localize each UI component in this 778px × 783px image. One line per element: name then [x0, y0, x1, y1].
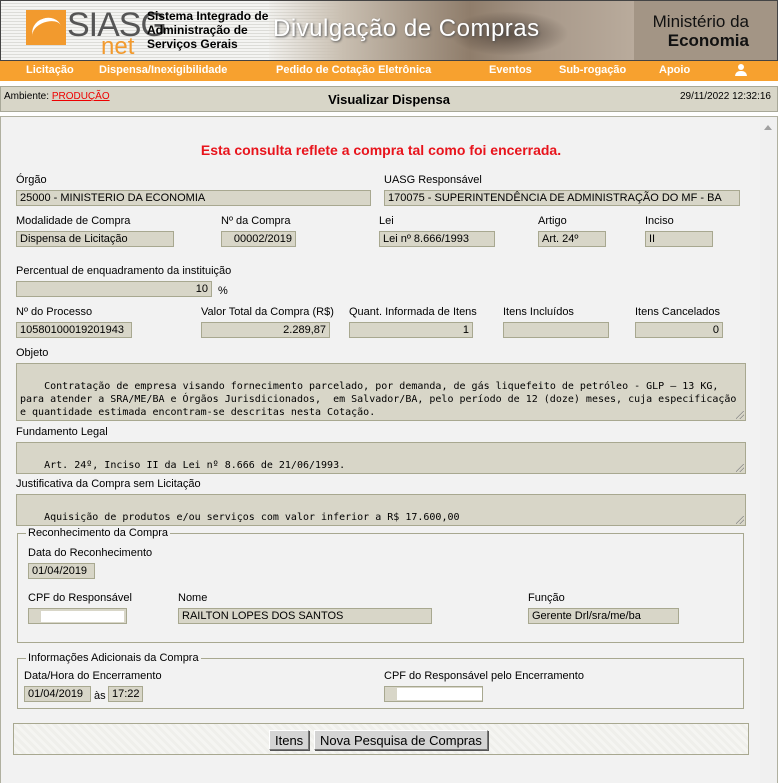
redacted-cpf [397, 688, 482, 700]
itens-cancelados-field: 0 [635, 322, 723, 338]
adicionais-fieldset: Informações Adicionais da Compra Data/Ho… [17, 658, 744, 709]
status-bar: Ambiente: PRODUÇÃO Visualizar Dispensa 2… [0, 86, 778, 112]
system-name: Sistema Integrado de Administração de Se… [147, 9, 268, 51]
inciso-label: Inciso [645, 215, 674, 227]
objeto-textarea[interactable]: Contratação de empresa visando fornecime… [16, 363, 746, 421]
itens-incluidos-field [503, 322, 609, 338]
scroll-up-icon[interactable] [764, 125, 772, 130]
page-title: Visualizar Dispensa [1, 92, 777, 107]
quant-itens-label: Quant. Informada de Itens [349, 306, 477, 318]
nav-licitacao[interactable]: Licitação [26, 64, 74, 76]
nova-pesquisa-button[interactable]: Nova Pesquisa de Compras [314, 730, 488, 750]
header-banner: SIASG net Sistema Integrado de Administr… [0, 0, 778, 61]
percentual-field: 10 [16, 281, 212, 297]
numero-compra-label: Nº da Compra [221, 215, 290, 227]
itens-incluidos-label: Itens Incluídos [503, 306, 574, 318]
cpf-responsavel-label: CPF do Responsável [28, 592, 132, 604]
resize-grip-icon[interactable] [736, 464, 744, 472]
scrollbar[interactable] [760, 117, 777, 783]
main-panel: Esta consulta reflete a compra tal como … [0, 116, 778, 783]
uasg-label: UASG Responsável [384, 174, 482, 186]
nome-field: RAILTON LOPES DOS SANTOS [178, 608, 432, 624]
ministry-line2: Economia [668, 31, 749, 50]
encerramento-time-field: 17:22 [108, 686, 143, 702]
nav-dispensa[interactable]: Dispensa/Inexigibilidade [99, 64, 227, 76]
encerramento-date-field: 01/04/2019 [24, 686, 91, 702]
inciso-field: II [645, 231, 713, 247]
valor-total-label: Valor Total da Compra (R$) [201, 306, 334, 318]
numero-compra-field: 00002/2019 [221, 231, 296, 247]
lei-label: Lei [379, 215, 394, 227]
datetime: 29/11/2022 12:32:16 [680, 91, 771, 102]
justificativa-label: Justificativa da Compra sem Licitação [16, 478, 201, 490]
itens-button[interactable]: Itens [269, 730, 309, 750]
nav-pedido-cotacao[interactable]: Pedido de Cotação Eletrônica [276, 64, 431, 76]
itens-cancelados-label: Itens Cancelados [635, 306, 720, 318]
orgao-field: 25000 - MINISTERIO DA ECONOMIA [16, 190, 371, 206]
fundamento-text: Art. 24º, Inciso II da Lei nº 8.666 de 2… [44, 460, 345, 471]
reconhecimento-fieldset: Reconhecimento da Compra Data do Reconhe… [17, 533, 744, 643]
processo-field: 10580100019201943 [16, 322, 132, 338]
funcao-label: Função [528, 592, 565, 604]
artigo-label: Artigo [538, 215, 567, 227]
ministry-line1: Ministério da [653, 12, 749, 31]
reconhecimento-legend: Reconhecimento da Compra [26, 527, 170, 539]
orgao-label: Órgão [16, 174, 47, 186]
data-reconhecimento-label: Data do Reconhecimento [28, 547, 152, 559]
system-name-line: Serviços Gerais [147, 37, 268, 51]
logo-net: net [101, 35, 134, 59]
justificativa-text: Aquisição de produtos e/ou serviços com … [44, 512, 459, 523]
main-nav: Licitação Dispensa/Inexigibilidade Pedid… [0, 61, 778, 81]
redacted-cpf [41, 611, 124, 622]
objeto-label: Objeto [16, 347, 48, 359]
quant-itens-field: 1 [349, 322, 473, 338]
ministry-name: Ministério da Economia [653, 12, 749, 50]
objeto-text: Contratação de empresa visando fornecime… [20, 381, 742, 418]
nav-apoio[interactable]: Apoio [659, 64, 690, 76]
siasg-logo-icon [26, 10, 66, 45]
valor-total-field: 2.289,87 [201, 322, 330, 338]
funcao-field: Gerente Drl/sra/me/ba [528, 608, 679, 624]
nome-label: Nome [178, 592, 207, 604]
nav-eventos[interactable]: Eventos [489, 64, 532, 76]
modalidade-label: Modalidade de Compra [16, 215, 130, 227]
modalidade-field: Dispensa de Licitação [16, 231, 174, 247]
processo-label: Nº do Processo [16, 306, 92, 318]
encerramento-sep: às [94, 690, 106, 702]
percent-sign: % [218, 285, 228, 297]
uasg-field: 170075 - SUPERINTENDÊNCIA DE ADMINISTRAÇ… [384, 190, 740, 206]
button-bar: Itens Nova Pesquisa de Compras [13, 723, 749, 755]
artigo-field: Art. 24º [538, 231, 606, 247]
resize-grip-icon[interactable] [736, 411, 744, 419]
justificativa-textarea[interactable]: Aquisição de produtos e/ou serviços com … [16, 494, 746, 526]
fundamento-textarea[interactable]: Art. 24º, Inciso II da Lei nº 8.666 de 2… [16, 442, 746, 474]
notice-message: Esta consulta reflete a compra tal como … [1, 142, 761, 158]
data-reconhecimento-field: 01/04/2019 [28, 563, 95, 579]
percentual-label: Percentual de enquadramento da instituiç… [16, 265, 231, 277]
adicionais-legend: Informações Adicionais da Compra [26, 652, 201, 664]
user-icon[interactable] [735, 64, 747, 77]
fundamento-label: Fundamento Legal [16, 426, 108, 438]
nav-sub-rogacao[interactable]: Sub-rogação [559, 64, 626, 76]
system-name-line: Administração de [147, 23, 268, 37]
resize-grip-icon[interactable] [736, 516, 744, 524]
encerramento-label: Data/Hora do Encerramento [24, 670, 162, 682]
system-name-line: Sistema Integrado de [147, 9, 268, 23]
cpf-encerramento-label: CPF do Responsável pelo Encerramento [384, 670, 584, 682]
lei-field: Lei nº 8.666/1993 [379, 231, 495, 247]
banner-title: Divulgação de Compras [273, 15, 540, 43]
